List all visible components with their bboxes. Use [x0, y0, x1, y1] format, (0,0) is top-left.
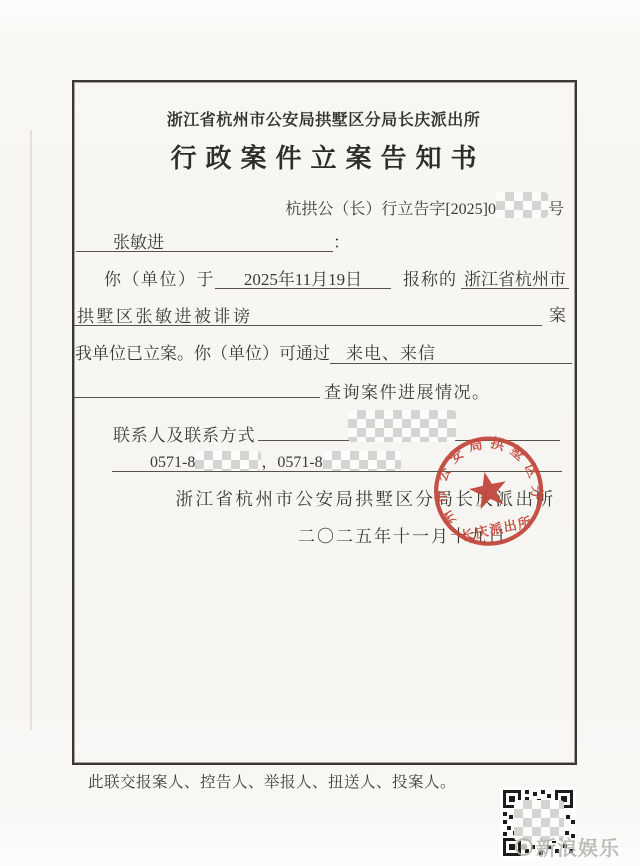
document-number-suffix: 号: [548, 201, 564, 218]
reported-label: 报称的: [403, 270, 457, 289]
phone-line: 0571-8，0571-8: [150, 449, 401, 472]
issuing-org-header: 浙江省杭州市公安局拱墅区分局长庆派出所: [72, 107, 575, 130]
footer-note: 此联交报案人、控告人、举报人、扭送人、投案人。: [88, 770, 456, 792]
recipient-colon: ：: [333, 233, 350, 252]
censored-phone2-mosaic: [323, 451, 401, 471]
recipient-name: 张敏进: [113, 233, 164, 252]
report-date-underline: 2025年11月19日: [215, 265, 391, 289]
you-unit-at-label: 你（单位）于: [104, 270, 215, 289]
document-number: 杭拱公（长）行立告字[2025]0号: [72, 192, 564, 219]
censored-phone1-mosaic: [195, 451, 261, 471]
case-description-underline: 拱墅区张敏进被诽谤: [74, 302, 542, 326]
weibo-logo-icon: [514, 837, 534, 857]
phone1-prefix: 0571-8: [150, 454, 195, 471]
document-number-prefix: 杭拱公（长）行立告字[2025]0: [285, 201, 496, 218]
censored-doc-number-mosaic: [496, 192, 548, 218]
case-location: 浙江省杭州市: [464, 270, 566, 289]
seal-star-icon: [466, 468, 510, 511]
phone2-prefix: ，0571-8: [261, 454, 322, 471]
case-name-line: 拱墅区张敏进被诽谤 案: [74, 301, 566, 326]
filed-line: 我单位已立案。你（单位）可通过来电、来信: [75, 339, 572, 364]
seal-bottom-text: 长庆派出所: [459, 513, 533, 544]
report-date: 2025年11月19日: [244, 270, 362, 289]
document-title: 行政案件立案告知书: [72, 138, 575, 175]
watermark-text: 新浪娱乐: [536, 832, 620, 861]
filed-sentence: 我单位已立案。你（单位）可通过: [75, 344, 330, 363]
official-red-seal: 杭州市公安局拱墅区分局 长庆派出所: [400, 404, 578, 582]
contact-label: 联系人及联系方式: [113, 426, 255, 445]
progress-line: 查询案件进展情况。: [74, 376, 491, 403]
contact-methods-underline: 来电、来信: [330, 339, 572, 364]
report-line: 你（单位）于2025年11月19日报称的浙江省杭州市: [104, 265, 569, 290]
case-description: 拱墅区张敏进被诽谤: [77, 307, 253, 326]
document-photo: 浙江省杭州市公安局拱墅区分局长庆派出所 行政案件立案告知书 杭拱公（长）行立告字…: [0, 0, 640, 866]
recipient-name-underline: 张敏进: [76, 228, 333, 252]
case-location-underline: 浙江省杭州市: [461, 265, 569, 289]
paper-crease: [30, 130, 32, 730]
blank-underline: [74, 376, 320, 398]
recipient-line: 张敏进：: [76, 228, 350, 253]
source-watermark: 新浪娱乐: [514, 832, 620, 861]
progress-sentence: 查询案件进展情况。: [324, 383, 491, 402]
case-char: 案: [549, 301, 566, 326]
contact-methods: 来电、来信: [346, 344, 436, 363]
